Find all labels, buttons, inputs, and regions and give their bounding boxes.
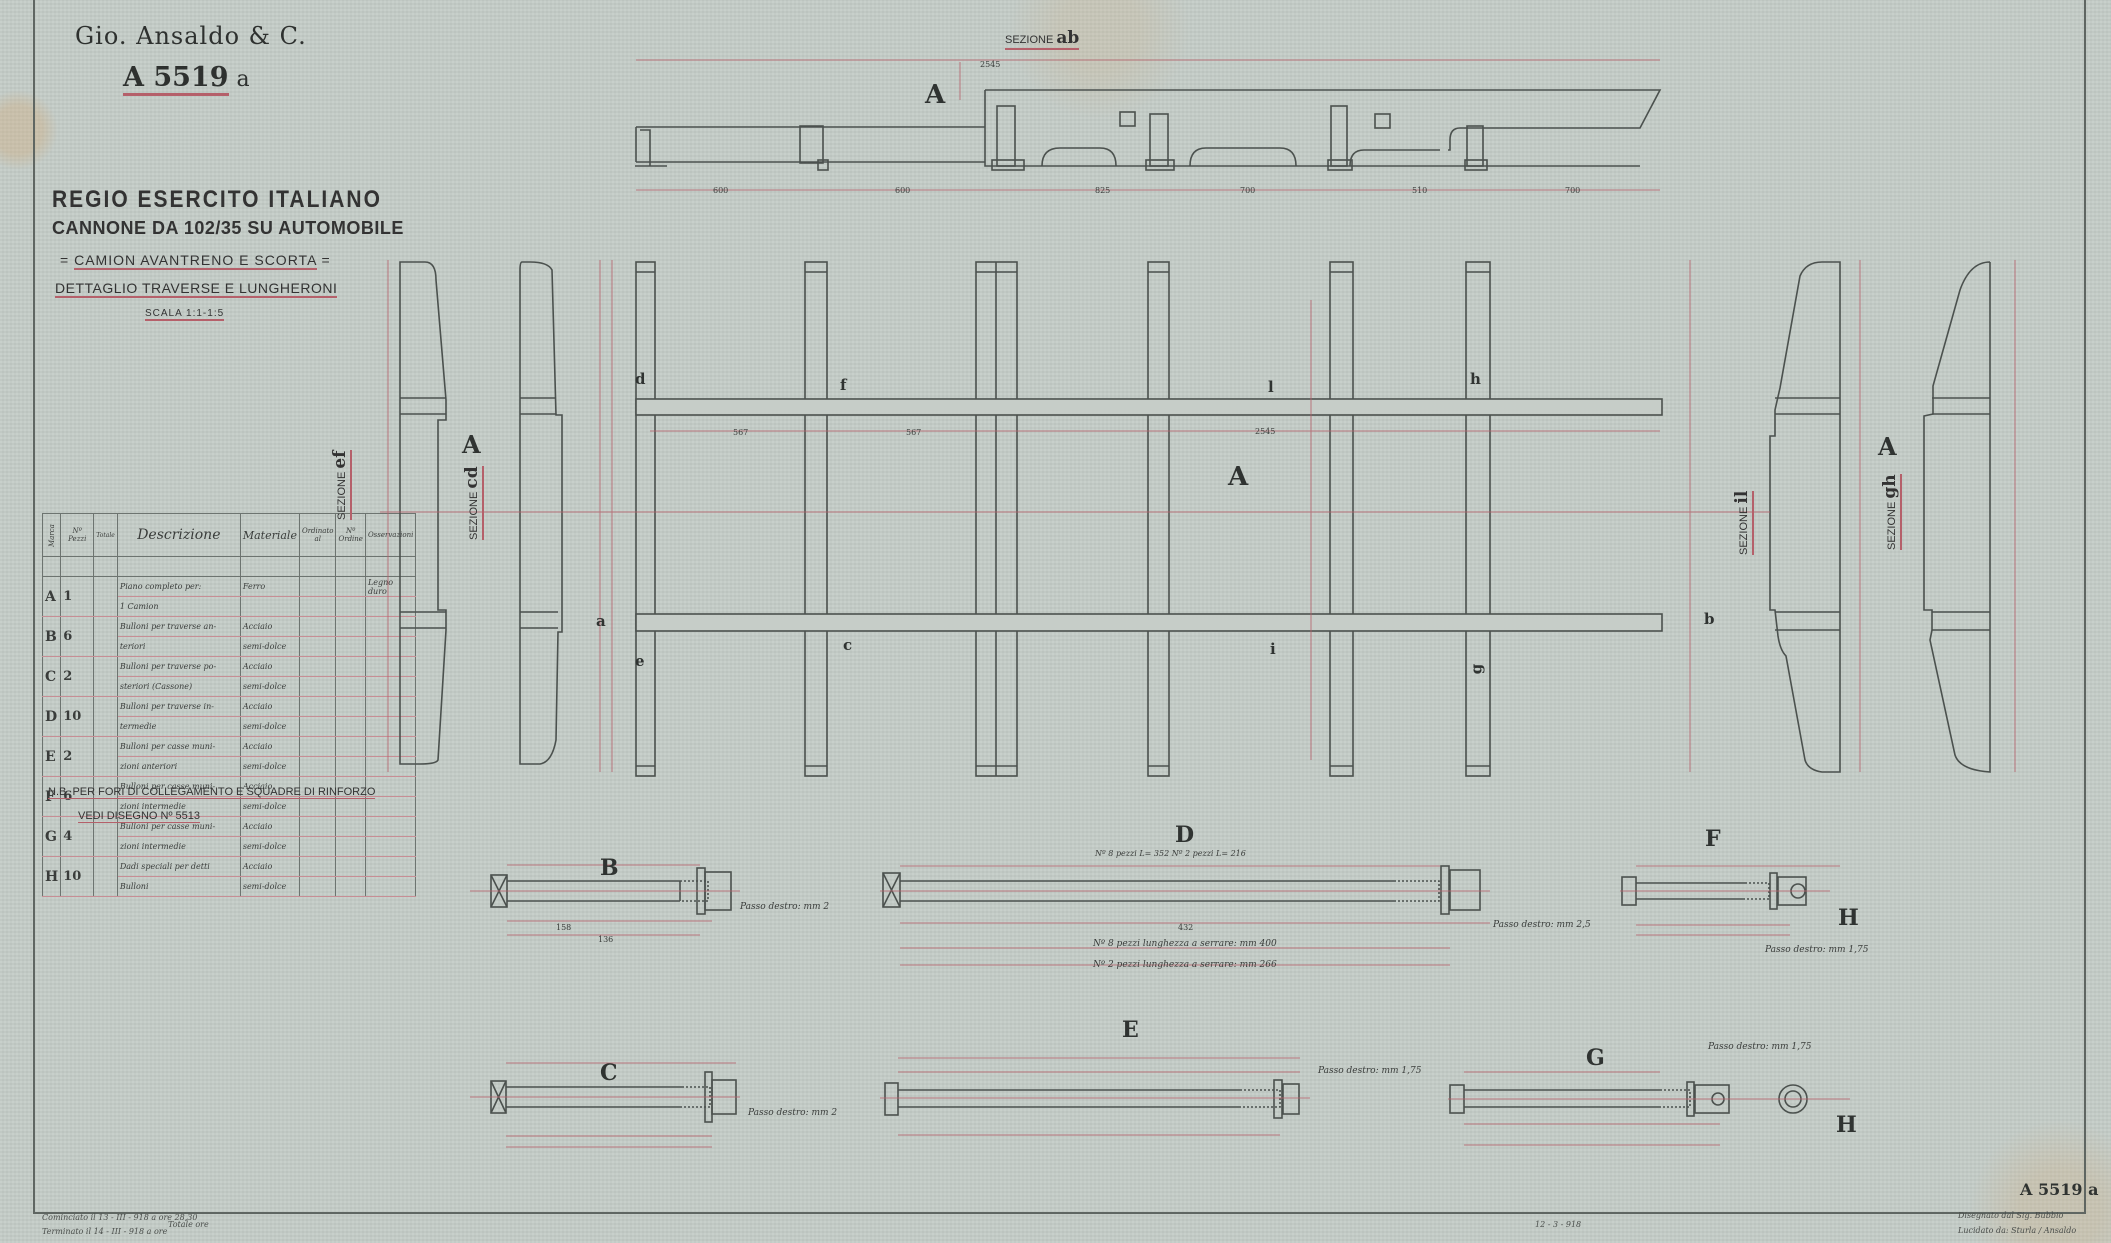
bolt-d-label: D <box>1175 822 1194 848</box>
dim-ab-700a: 700 <box>1240 186 1255 195</box>
cut-mark-c: c <box>843 636 852 654</box>
bolt-g-label: G <box>1586 1045 1605 1071</box>
section-ab-label: SEZIONE ab <box>1005 28 1079 50</box>
dim-ab-2545: 2545 <box>980 60 1000 69</box>
bolt-f-thread-note: Passo destro: mm 1,75 <box>1765 945 1868 955</box>
footer-drawn-by: Disegnato dal Sig. Bubbio <box>1958 1211 2063 1220</box>
dim-ab-600a: 600 <box>713 186 728 195</box>
cut-mark-h: h <box>1470 370 1481 388</box>
bolt-b-label: B <box>600 855 619 881</box>
footer-total-hours: Totale ore <box>168 1220 209 1229</box>
cut-mark-e: e <box>635 652 645 670</box>
bolt-e-thread-note: Passo destro: mm 1,75 <box>1318 1066 1421 1076</box>
bolt-b-dim-158: 158 <box>556 923 571 932</box>
bolt-c-label: C <box>600 1060 618 1086</box>
dim-plan-2545: 2545 <box>1255 427 1275 436</box>
cut-mark-b: b <box>1704 610 1715 628</box>
cut-mark-l: l <box>1268 378 1274 396</box>
section-il-label: SEZIONE il <box>1732 491 1754 555</box>
cut-mark-i: i <box>1270 640 1276 658</box>
section-gh-label: SEZIONE gh <box>1880 474 1902 550</box>
bolt-c-thread-note: Passo destro: mm 2 <box>748 1108 837 1118</box>
part-mark-a-plan: A <box>1228 462 1248 492</box>
bolt-d-note-1: Nº 8 pezzi lunghezza a serrare: mm 400 <box>1093 939 1277 949</box>
cut-mark-d: d <box>635 370 646 388</box>
part-mark-a-top: A <box>925 80 945 110</box>
cut-mark-f: f <box>840 376 846 394</box>
cut-mark-g: g <box>1467 664 1485 675</box>
bolt-b-dim-136: 136 <box>598 935 613 944</box>
bolt-d-note-2: Nº 2 pezzi lunghezza a serrare: mm 266 <box>1093 960 1277 970</box>
dim-ab-600b: 600 <box>895 186 910 195</box>
bolt-b-thread-note: Passo destro: mm 2 <box>740 902 829 912</box>
footer-check-date: 12 - 3 - 918 <box>1535 1220 1581 1229</box>
nut-h-label-1: H <box>1838 905 1859 931</box>
cut-mark-a: a <box>596 612 606 630</box>
nut-h-label-2: H <box>1836 1112 1857 1138</box>
bolt-d-thread-note: Passo destro: mm 2,5 <box>1493 920 1591 930</box>
section-cd-label: SEZIONE cd <box>462 466 484 540</box>
section-ef-label: SEZIONE ef <box>330 451 352 521</box>
bolt-f-label: F <box>1705 826 1721 852</box>
bolt-d-dim-432: 432 <box>1178 923 1193 932</box>
dim-ab-825: 825 <box>1095 186 1110 195</box>
bolt-d-range-note: Nº 8 pezzi L= 352 Nº 2 pezzi L= 216 <box>1095 849 1246 858</box>
corner-drawing-number: A 5519 a <box>2020 1180 2098 1199</box>
dim-plan-567b: 567 <box>906 428 921 437</box>
dim-ab-510: 510 <box>1412 186 1427 195</box>
dim-plan-567a: 567 <box>733 428 748 437</box>
footer-finished: Terminato il 14 - III - 918 a ore <box>42 1227 167 1236</box>
line-drawing <box>0 0 2111 1243</box>
footer-signed: Lucidato da: Sturla / Ansaldo <box>1958 1226 2076 1235</box>
part-mark-a-gh: A <box>1878 432 1897 461</box>
bolt-g-thread-note: Passo destro: mm 1,75 <box>1708 1042 1811 1052</box>
bolt-e-label: E <box>1122 1017 1139 1043</box>
dim-ab-700b: 700 <box>1565 186 1580 195</box>
part-mark-a-ef: A <box>462 430 481 459</box>
